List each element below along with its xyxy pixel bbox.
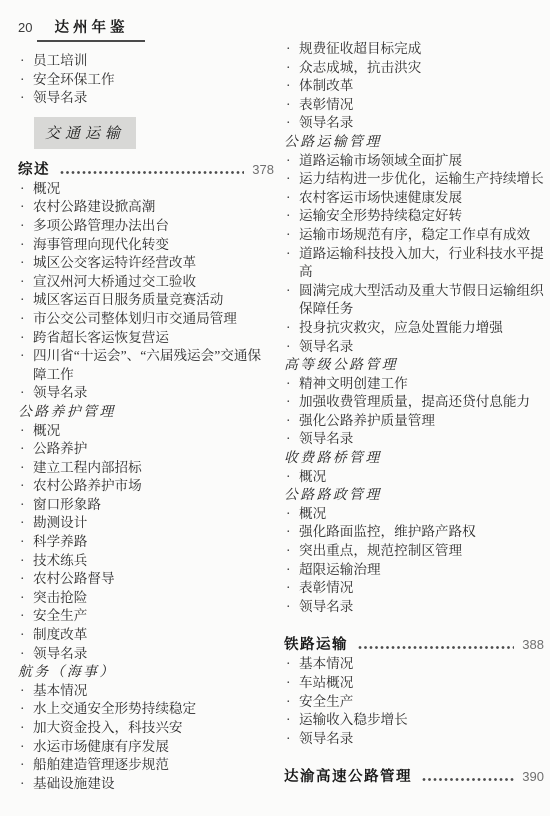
toc-item: ·农村公路建设掀高潮 [18, 198, 274, 217]
toc-item-label: 基本情况 [299, 656, 353, 671]
toc-entry-page-number: 378 [252, 162, 274, 177]
dot-leader [422, 777, 514, 782]
bullet-icon: · [20, 384, 25, 403]
bullet-icon: · [286, 412, 291, 431]
toc-item-label: 众志成城，抗击洪灾 [299, 60, 421, 75]
toc-entry-page-number: 390 [522, 769, 544, 784]
toc-item: ·概况 [284, 505, 544, 524]
toc-item-label: 领导名录 [299, 339, 353, 354]
toc-item-label: 安全环保工作 [33, 72, 115, 87]
toc-item: ·水运市场健康有序发展 [18, 738, 274, 757]
toc-item: ·强化公路养护质量管理 [284, 412, 544, 431]
toc-item-label: 运输安全形势持续稳定好转 [299, 208, 462, 223]
toc-item: ·车站概况 [284, 674, 544, 693]
toc-item-label: 加强收费管理质量，提高还贷付息能力 [299, 394, 530, 409]
toc-item: ·运力结构进一步优化，运输生产持续增长 [284, 170, 544, 189]
bullet-icon: · [286, 542, 291, 561]
toc-item-label: 领导名录 [299, 431, 353, 446]
toc-item-label: 城区客运百日服务质量竞赛活动 [33, 292, 223, 307]
toc-entry: 达渝高速公路管理390 [284, 765, 544, 786]
bullet-icon: · [20, 496, 25, 515]
toc-item: ·加强收费管理质量，提高还贷付息能力 [284, 393, 544, 412]
bullet-icon: · [20, 217, 25, 236]
toc-item: ·基本情况 [284, 655, 544, 674]
toc-item: ·安全环保工作 [18, 71, 274, 90]
bullet-icon: · [286, 170, 291, 189]
bullet-icon: · [20, 719, 25, 738]
toc-item: ·领导名录 [284, 730, 544, 749]
bullet-icon: · [20, 273, 25, 292]
bullet-icon: · [286, 282, 291, 301]
bullet-icon: · [20, 52, 25, 71]
toc-item: ·农村公路养护市场 [18, 477, 274, 496]
toc-subheading: 收费路桥管理 [284, 449, 544, 468]
bullet-icon: · [286, 114, 291, 133]
toc-item: ·概况 [18, 422, 274, 441]
bullet-icon: · [286, 468, 291, 487]
toc-item: ·投身抗灾救灾，应急处置能力增强 [284, 319, 544, 338]
toc-item: ·水上交通安全形势持续稳定 [18, 700, 274, 719]
bullet-icon: · [20, 422, 25, 441]
bullet-icon: · [286, 207, 291, 226]
toc-item: ·市公交公司整体划归市交通局管理 [18, 310, 274, 329]
toc-item: ·领导名录 [284, 114, 544, 133]
toc-item-label: 圆满完成大型活动及重大节假日运输组织保障任务 [299, 283, 544, 317]
toc-item-label: 员工培训 [33, 53, 87, 68]
bullet-icon: · [286, 189, 291, 208]
toc-item-label: 领导名录 [33, 646, 87, 661]
toc-item: ·领导名录 [284, 338, 544, 357]
toc-item: ·城区公交客运特许经营改革 [18, 254, 274, 273]
bullet-icon: · [20, 291, 25, 310]
toc-item-label: 农村客运市场快速健康发展 [299, 190, 462, 205]
toc-item: ·安全生产 [284, 693, 544, 712]
chapter-banner: 交通运输 [34, 117, 136, 149]
chapter-banner-wrap: 交通运输 [18, 117, 274, 149]
bullet-icon: · [286, 245, 291, 264]
bullet-icon: · [20, 71, 25, 90]
toc-item-label: 宣汉州河大桥通过交工验收 [33, 274, 196, 289]
bullet-icon: · [20, 236, 25, 255]
bullet-icon: · [20, 607, 25, 626]
book-title: 达州年鉴 [37, 16, 145, 42]
toc-item-label: 概况 [33, 423, 60, 438]
toc-item-label: 超限运输治理 [299, 562, 381, 577]
toc-item-label: 农村公路建设掀高潮 [33, 199, 155, 214]
bullet-icon: · [286, 579, 291, 598]
bullet-icon: · [20, 514, 25, 533]
toc-item-label: 农村公路督导 [33, 571, 115, 586]
toc-item: ·领导名录 [18, 645, 274, 664]
bullet-icon: · [20, 700, 25, 719]
bullet-icon: · [286, 523, 291, 542]
toc-item: ·安全生产 [18, 607, 274, 626]
toc-item: ·概况 [18, 180, 274, 199]
toc-item-label: 水运市场健康有序发展 [33, 739, 169, 754]
toc-item-label: 车站概况 [299, 675, 353, 690]
toc-item-label: 安全生产 [299, 694, 353, 709]
toc-item-label: 突击抢险 [33, 590, 87, 605]
toc-item-label: 跨省超长客运恢复营运 [33, 330, 169, 345]
bullet-icon: · [20, 552, 25, 571]
toc-item: ·运输安全形势持续稳定好转 [284, 207, 544, 226]
bullet-icon: · [20, 589, 25, 608]
toc-item-label: 窗口形象路 [33, 497, 101, 512]
toc-item-label: 领导名录 [33, 385, 87, 400]
toc-item: ·规费征收超目标完成 [284, 40, 544, 59]
toc-item: ·建立工程内部招标 [18, 459, 274, 478]
bullet-icon: · [286, 77, 291, 96]
bullet-icon: · [286, 59, 291, 78]
bullet-icon: · [20, 459, 25, 478]
bullet-icon: · [286, 40, 291, 59]
bullet-icon: · [20, 775, 25, 794]
bullet-icon: · [286, 226, 291, 245]
toc-item: ·突击抢险 [18, 589, 274, 608]
toc-item: ·窗口形象路 [18, 496, 274, 515]
toc-item: ·领导名录 [18, 384, 274, 403]
bullet-icon: · [20, 570, 25, 589]
toc-item-label: 领导名录 [33, 90, 87, 105]
toc-item-label: 四川省“十运会”、“六届残运会”交通保障工作 [33, 348, 261, 382]
toc-item: ·众志成城，抗击洪灾 [284, 59, 544, 78]
toc-item: ·领导名录 [18, 89, 274, 108]
bullet-icon: · [20, 347, 25, 366]
toc-item-label: 安全生产 [33, 608, 87, 623]
page-header: 20 达州年鉴 [18, 16, 145, 42]
toc-item-label: 道路运输市场领域全面扩展 [299, 153, 462, 168]
bullet-icon: · [20, 626, 25, 645]
toc-item: ·跨省超长客运恢复营运 [18, 329, 274, 348]
toc-entry: 铁路运输388 [284, 633, 544, 654]
toc-item-label: 海事管理向现代化转变 [33, 237, 169, 252]
bullet-icon: · [20, 682, 25, 701]
bullet-icon: · [20, 756, 25, 775]
toc-item-label: 领导名录 [299, 115, 353, 130]
toc-item-label: 概况 [299, 469, 326, 484]
toc-item: ·运输收入稳步增长 [284, 711, 544, 730]
toc-item: ·员工培训 [18, 52, 274, 71]
toc-item: ·城区客运百日服务质量竞赛活动 [18, 291, 274, 310]
toc-subheading: 高等级公路管理 [284, 356, 544, 375]
toc-item-label: 体制改革 [299, 78, 353, 93]
toc-item-label: 表彰情况 [299, 580, 353, 595]
toc-entry-page-number: 388 [522, 637, 544, 652]
toc-entry: 综述378 [18, 158, 274, 179]
bullet-icon: · [286, 674, 291, 693]
bullet-icon: · [286, 319, 291, 338]
spacer [284, 748, 544, 764]
toc-item-label: 道路运输科技投入加大，行业科技水平提高 [299, 246, 544, 280]
toc-item-label: 城区公交客运特许经营改革 [33, 255, 196, 270]
toc-item: ·表彰情况 [284, 579, 544, 598]
toc-item: ·道路运输市场领域全面扩展 [284, 152, 544, 171]
toc-item: ·船舶建造管理逐步规范 [18, 756, 274, 775]
toc-item: ·加大资金投入，科技兴安 [18, 719, 274, 738]
spacer [284, 616, 544, 632]
toc-item-label: 突出重点，规范控制区管理 [299, 543, 462, 558]
toc-item: ·技术练兵 [18, 552, 274, 571]
toc-item: ·勘测设计 [18, 514, 274, 533]
toc-item-label: 表彰情况 [299, 97, 353, 112]
toc-item-label: 水上交通安全形势持续稳定 [33, 701, 196, 716]
toc-item: ·制度改革 [18, 626, 274, 645]
toc-item-label: 制度改革 [33, 627, 87, 642]
toc-item-label: 基础设施建设 [33, 776, 115, 791]
toc-item: ·四川省“十运会”、“六届残运会”交通保障工作 [18, 347, 274, 384]
toc-item: ·体制改革 [284, 77, 544, 96]
bullet-icon: · [20, 533, 25, 552]
toc-item: ·领导名录 [284, 430, 544, 449]
bullet-icon: · [20, 645, 25, 664]
bullet-icon: · [286, 338, 291, 357]
toc-item: ·宣汉州河大桥通过交工验收 [18, 273, 274, 292]
dot-leader [60, 170, 244, 175]
bullet-icon: · [286, 96, 291, 115]
toc-item-label: 概况 [33, 181, 60, 196]
toc-item-label: 投身抗灾救灾，应急处置能力增强 [299, 320, 503, 335]
toc-item-label: 运力结构进一步优化，运输生产持续增长 [299, 171, 544, 186]
toc-item-label: 强化路面监控，维护路产路权 [299, 524, 476, 539]
toc-item-label: 技术练兵 [33, 553, 87, 568]
toc-item-label: 勘测设计 [33, 515, 87, 530]
toc-item: ·农村公路督导 [18, 570, 274, 589]
toc-item: ·超限运输治理 [284, 561, 544, 580]
toc-item-label: 公路养护 [33, 441, 87, 456]
toc-item-label: 精神文明创建工作 [299, 376, 408, 391]
bullet-icon: · [286, 561, 291, 580]
toc-item: ·表彰情况 [284, 96, 544, 115]
bullet-icon: · [20, 738, 25, 757]
bullet-icon: · [286, 152, 291, 171]
bullet-icon: · [286, 430, 291, 449]
bullet-icon: · [20, 180, 25, 199]
toc-item: ·圆满完成大型活动及重大节假日运输组织保障任务 [284, 282, 544, 319]
toc-column-right: ·规费征收超目标完成·众志成城，抗击洪灾·体制改革·表彰情况·领导名录公路运输管… [284, 40, 544, 787]
toc-item: ·强化路面监控，维护路产路权 [284, 523, 544, 542]
bullet-icon: · [20, 198, 25, 217]
toc-item: ·科学养路 [18, 533, 274, 552]
bullet-icon: · [20, 440, 25, 459]
toc-item-label: 领导名录 [299, 731, 353, 746]
bullet-icon: · [286, 711, 291, 730]
toc-item-label: 运输收入稳步增长 [299, 712, 408, 727]
toc-item-label: 概况 [299, 506, 326, 521]
bullet-icon: · [286, 598, 291, 617]
toc-subheading: 公路养护管理 [18, 403, 274, 422]
toc-subheading: 航务（海事） [18, 663, 274, 682]
toc-item: ·概况 [284, 468, 544, 487]
bullet-icon: · [20, 310, 25, 329]
toc-subheading: 公路运输管理 [284, 133, 544, 152]
bullet-icon: · [20, 329, 25, 348]
toc-item: ·农村客运市场快速健康发展 [284, 189, 544, 208]
toc-item-label: 强化公路养护质量管理 [299, 413, 435, 428]
toc-item-label: 领导名录 [299, 599, 353, 614]
toc-item-label: 建立工程内部招标 [33, 460, 142, 475]
bullet-icon: · [286, 730, 291, 749]
toc-item-label: 船舶建造管理逐步规范 [33, 757, 169, 772]
toc-item: ·精神文明创建工作 [284, 375, 544, 394]
toc-item-label: 多项公路管理办法出台 [33, 218, 169, 233]
toc-entry-title: 达渝高速公路管理 [284, 765, 412, 786]
toc-item: ·多项公路管理办法出台 [18, 217, 274, 236]
bullet-icon: · [286, 393, 291, 412]
toc-item: ·基础设施建设 [18, 775, 274, 794]
toc-item: ·领导名录 [284, 598, 544, 617]
bullet-icon: · [20, 89, 25, 108]
toc-item: ·突出重点，规范控制区管理 [284, 542, 544, 561]
toc-item: ·道路运输科技投入加大，行业科技水平提高 [284, 245, 544, 282]
toc-entry-title: 综述 [18, 158, 50, 179]
toc-item-label: 基本情况 [33, 683, 87, 698]
toc-item-label: 科学养路 [33, 534, 87, 549]
toc-item-label: 运输市场规范有序，稳定工作卓有成效 [299, 227, 530, 242]
toc-item-label: 农村公路养护市场 [33, 478, 142, 493]
bullet-icon: · [286, 375, 291, 394]
page-number: 20 [18, 20, 32, 35]
toc-item: ·海事管理向现代化转变 [18, 236, 274, 255]
bullet-icon: · [20, 477, 25, 496]
toc-item-label: 市公交公司整体划归市交通局管理 [33, 311, 237, 326]
toc-column-left: ·员工培训·安全环保工作·领导名录交通运输综述378·概况·农村公路建设掀高潮·… [18, 52, 274, 793]
toc-item: ·运输市场规范有序，稳定工作卓有成效 [284, 226, 544, 245]
dot-leader [358, 645, 514, 650]
toc-item-label: 规费征收超目标完成 [299, 41, 421, 56]
bullet-icon: · [286, 655, 291, 674]
toc-entry-title: 铁路运输 [284, 633, 348, 654]
bullet-icon: · [286, 693, 291, 712]
toc-subheading: 公路路政管理 [284, 486, 544, 505]
toc-item: ·基本情况 [18, 682, 274, 701]
toc-item: ·公路养护 [18, 440, 274, 459]
bullet-icon: · [20, 254, 25, 273]
bullet-icon: · [286, 505, 291, 524]
toc-item-label: 加大资金投入，科技兴安 [33, 720, 183, 735]
